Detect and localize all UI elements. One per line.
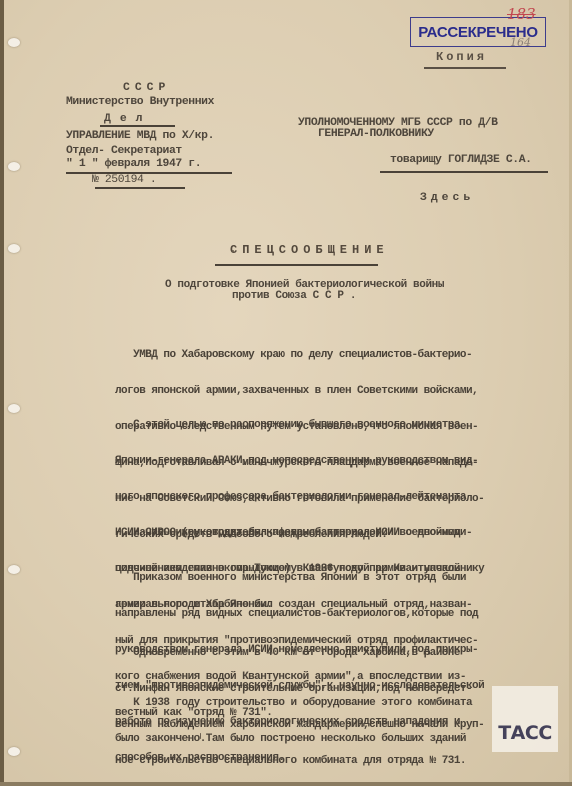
sender-department: УПРАВЛЕНИЕ МВД по Х/кр.	[66, 130, 214, 142]
paper-speck	[232, 250, 234, 252]
page-edge-left	[0, 0, 4, 786]
punch-hole	[8, 565, 20, 574]
sender-ministry: Министерство Внутренних	[66, 96, 214, 108]
recipient-location: Здесь	[420, 192, 474, 204]
text-line: Одновременно с этим в 40 км от города Ха…	[115, 647, 555, 659]
underline	[380, 171, 548, 173]
title-underline	[215, 264, 378, 266]
punch-hole	[8, 244, 20, 253]
document-date: " 1 " февраля 1947 г.	[66, 158, 201, 170]
recipient-rank: ГЕНЕРАЛ-ПОЛКОВНИКУ	[318, 128, 434, 140]
recipient-name: товарищу ГОГЛИДЗЕ С.А.	[390, 154, 532, 166]
sender-section: Отдел- Секретариат	[66, 145, 182, 157]
punch-hole	[8, 404, 20, 413]
paper-speck	[187, 737, 189, 738]
underline	[100, 125, 175, 127]
tass-watermark: ТАСС	[492, 686, 558, 752]
paper-speck	[200, 733, 201, 739]
copy-label: Копия	[436, 50, 487, 64]
handwritten-archive-number: 183	[507, 5, 536, 23]
copy-underline	[424, 67, 506, 69]
sender-ministry-cont: Дел	[104, 113, 152, 125]
punch-hole	[8, 747, 20, 756]
sender-country: СССР	[123, 82, 170, 94]
document-number: № 250194 .	[92, 174, 156, 186]
text-line: ного японского профессора бактериологии …	[115, 491, 555, 503]
text-line: Японии-генерала АРАКИ,под непосредственн…	[115, 455, 555, 467]
text-line: УМВД по Хабаровскому краю по делу специа…	[115, 349, 555, 361]
text-line: Начальником отряда был назначен генерал …	[115, 527, 555, 539]
paragraph-6: К 1938 году строительство и оборудование…	[115, 673, 555, 769]
text-line: К 1938 году строительство и оборудование…	[115, 697, 555, 709]
handwritten-page-number: 164	[510, 36, 531, 49]
text-line: было закончено.Там было построено нескол…	[115, 733, 555, 745]
document-page: РАССЕКРЕЧЕНО 183 164 Копия СССР Министер…	[0, 0, 572, 786]
document-subtitle-cont: против Союза С С Р .	[232, 290, 356, 302]
document-title: СПЕЦСООБЩЕНИЕ	[230, 243, 389, 257]
punch-hole	[8, 38, 20, 47]
text-line: направлены ряд видных специалистов-бакте…	[115, 608, 555, 620]
punch-hole	[8, 162, 20, 171]
text-line: Приказом военного министерства Японии в …	[115, 572, 555, 584]
text-line: С этой целью по распоряжению бывшего вое…	[115, 419, 555, 431]
underline	[95, 187, 185, 189]
tass-logo: ТАСС	[498, 722, 552, 744]
